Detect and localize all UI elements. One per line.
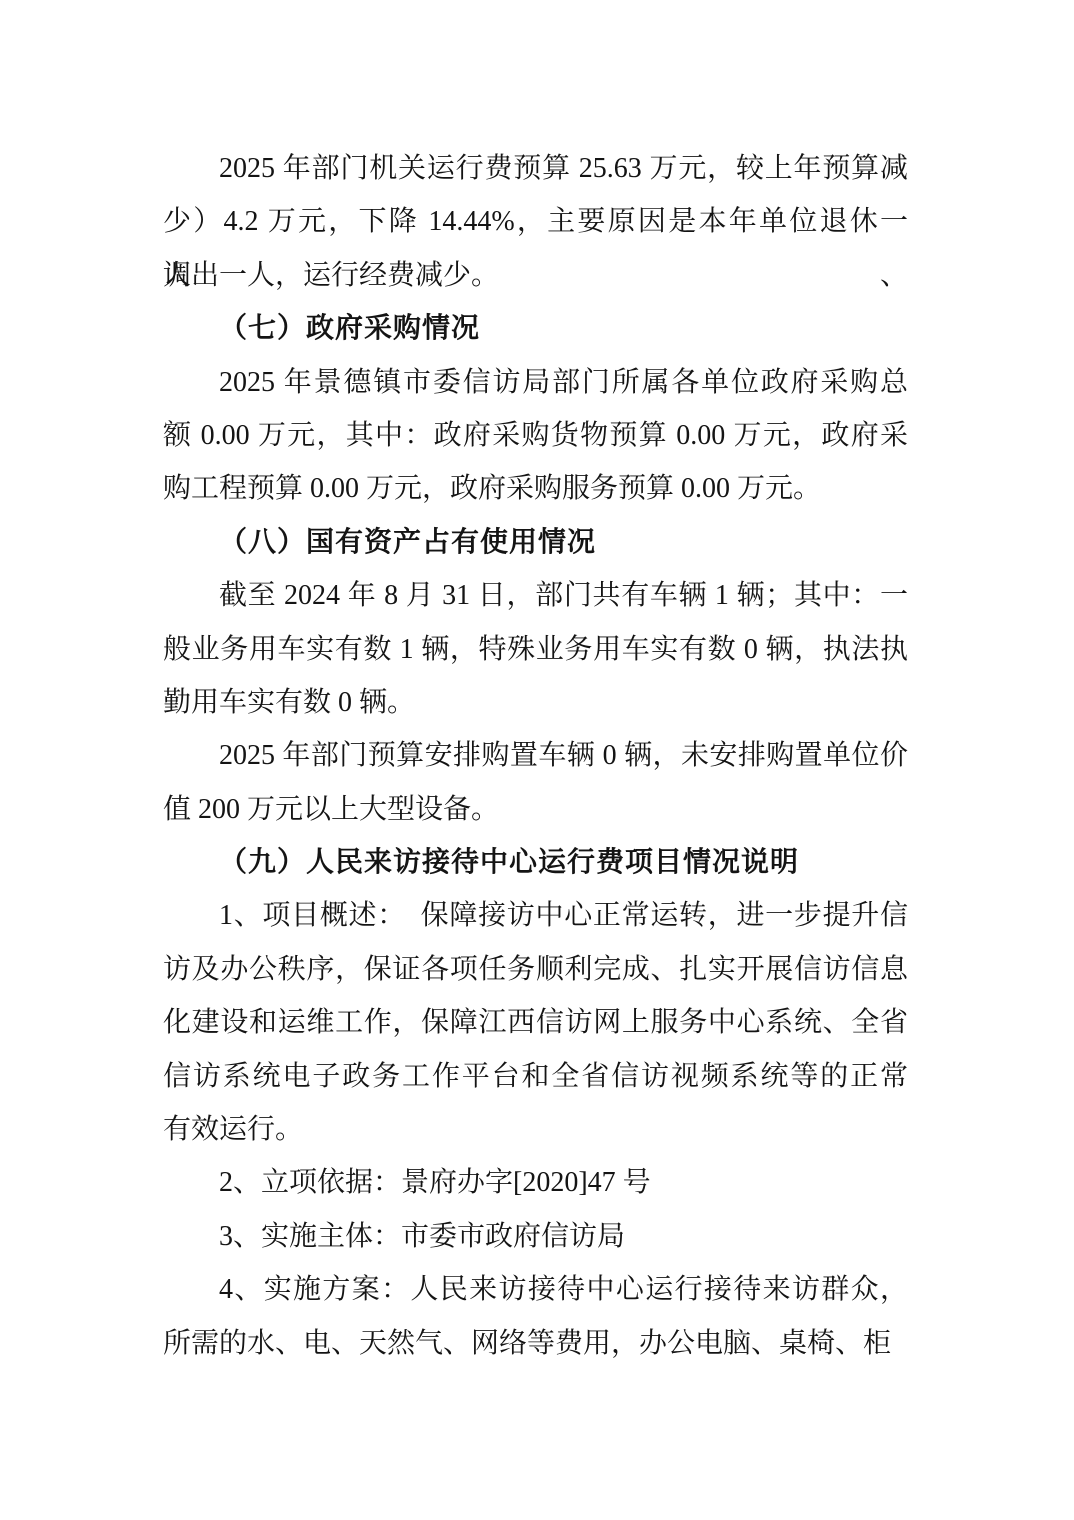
section-heading: （八）国有资产占有使用情况 xyxy=(163,516,908,569)
paragraph-line: 勤用车实有数 0 辆。 xyxy=(163,676,908,729)
paragraph-line: 额 0.00 万元，其中：政府采购货物预算 0.00 万元，政府采 xyxy=(163,409,908,462)
document-content: 2025 年部门机关运行费预算 25.63 万元，较上年预算减少）4.2 万元，… xyxy=(163,142,908,1370)
paragraph-line: 访及办公秩序，保证各项任务顺利完成、扎实开展信访信息 xyxy=(163,943,908,996)
paragraph-line: 2、立项依据：景府办字[2020]47 号 xyxy=(163,1156,908,1209)
paragraph-line: 购工程预算 0.00 万元，政府采购服务预算 0.00 万元。 xyxy=(163,462,908,515)
paragraph-line: 2025 年部门预算安排购置车辆 0 辆，未安排购置单位价 xyxy=(163,729,908,782)
paragraph-line: 少）4.2 万元，下降 14.44%，主要原因是本年单位退休一人、 xyxy=(163,195,908,248)
paragraph-line: 信访系统电子政务工作平台和全省信访视频系统等的正常 xyxy=(163,1050,908,1103)
section-heading: （七）政府采购情况 xyxy=(163,302,908,355)
paragraph-line: 值 200 万元以上大型设备。 xyxy=(163,783,908,836)
paragraph-line: 般业务用车实有数 1 辆，特殊业务用车实有数 0 辆，执法执 xyxy=(163,623,908,676)
paragraph-line: 2025 年景德镇市委信访局部门所属各单位政府采购总 xyxy=(163,356,908,409)
paragraph-line: 所需的水、电、天然气、网络等费用，办公电脑、桌椅、柜 xyxy=(163,1317,908,1370)
section-heading: （九）人民来访接待中心运行费项目情况说明 xyxy=(163,836,908,889)
paragraph-line: 1、项目概述： 保障接访中心正常运转，进一步提升信 xyxy=(163,889,908,942)
paragraph-line: 化建设和运维工作，保障江西信访网上服务中心系统、全省 xyxy=(163,996,908,1049)
paragraph-line: 3、实施主体：市委市政府信访局 xyxy=(163,1210,908,1263)
paragraph-line: 2025 年部门机关运行费预算 25.63 万元，较上年预算减 xyxy=(163,142,908,195)
paragraph-line: 有效运行。 xyxy=(163,1103,908,1156)
paragraph-line: 4、实施方案：人民来访接待中心运行接待来访群众， xyxy=(163,1263,908,1316)
document-page: 2025 年部门机关运行费预算 25.63 万元，较上年预算减少）4.2 万元，… xyxy=(0,0,1074,1520)
paragraph-line: 截至 2024 年 8 月 31 日，部门共有车辆 1 辆；其中：一 xyxy=(163,569,908,622)
